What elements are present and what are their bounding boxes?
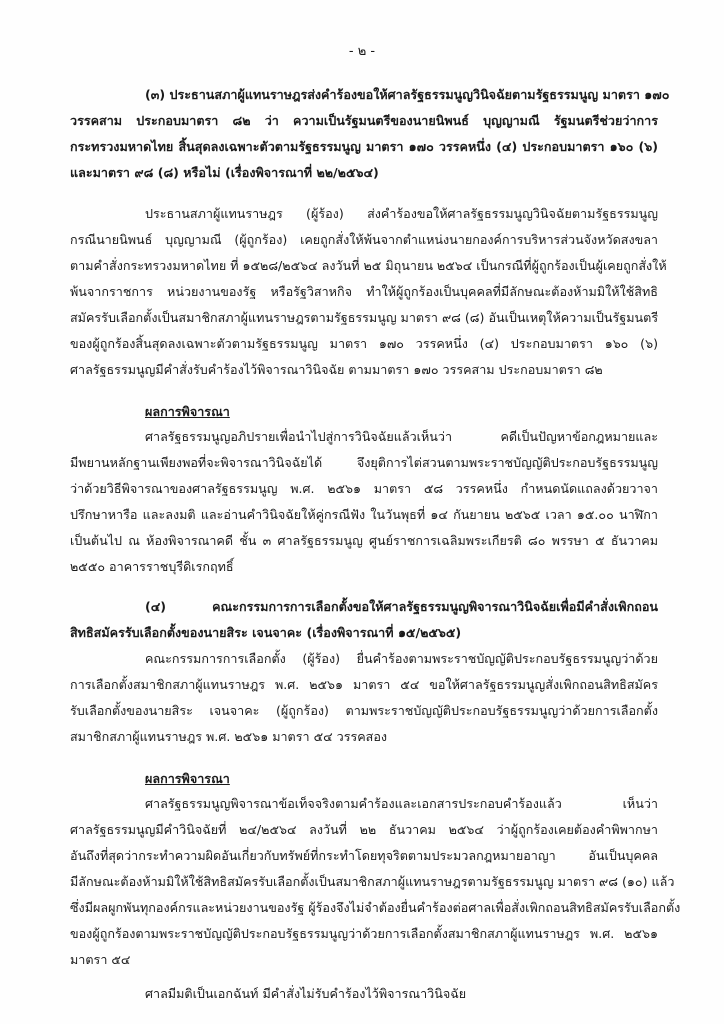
item3-title-line: (๓) ประธานสภาผู้แทนราษฎรส่งคำร้องขอให้ศา…: [145, 86, 658, 103]
item4-decision: ศาลมีมติเป็นเอกฉันท์ มีคำสั่งไม่รับคำร้อ…: [145, 985, 658, 1002]
item3-body-line: สมัครรับเลือกตั้งเป็นสมาชิกสภาผู้แทนราษฎ…: [70, 309, 658, 326]
item3-result-line: ศาลรัฐธรรมนูญอภิปรายเพื่อนำไปสู่การวินิจ…: [145, 428, 658, 445]
item4-result-line: ของผู้ถูกร้องตามพระราชบัญญัติประกอบรัฐธร…: [70, 925, 658, 942]
item3-title-line: วรรคสาม ประกอบมาตรา ๘๒ ว่า ความเป็นรัฐมน…: [70, 112, 658, 129]
item3-result-line: เป็นต้นไป ณ ห้องพิจารณาคดี ชั้น ๓ ศาลรัฐ…: [70, 532, 658, 549]
item4-result-line: มาตรา ๕๔: [70, 951, 658, 968]
item3-body-line: กรณีนายนิพนธ์ บุญญามณี (ผู้ถูกร้อง) เคยถ…: [70, 231, 658, 248]
item4-result-line: อันถึงที่สุดว่ากระทำความผิดอันเกี่ยวกับท…: [70, 847, 658, 864]
document-page: - ๒ - (๓) ประธานสภาผู้แทนราษฎรส่งคำร้องข…: [0, 0, 724, 1024]
item3-body-line: ศาลรัฐธรรมนูญมีคำสั่งรับคำร้องไว้พิจารณา…: [70, 361, 658, 378]
page-number: - ๒ -: [0, 40, 724, 61]
item3-body-line: พ้นจากราชการ หน่วยงานของรัฐ หรือรัฐวิสาห…: [70, 283, 658, 300]
item4-title-line: สิทธิสมัครรับเลือกตั้งของนายสิระ เจนจาคะ…: [70, 624, 658, 641]
item3-body-line: ตามคำสั่งกระทรวงมหาดไทย ที่ ๑๕๒๘/๒๕๖๔ ลง…: [70, 257, 658, 274]
item3-body-line: ประธานสภาผู้แทนราษฎร (ผู้ร้อง) ส่งคำร้อง…: [145, 205, 658, 222]
item3-result-line: มีพยานหลักฐานเพียงพอที่จะพิจารณาวินิจฉัย…: [70, 454, 658, 471]
item3-result-heading: ผลการพิจารณา: [145, 402, 230, 422]
item4-body-line: คณะกรรมการการเลือกตั้ง (ผู้ร้อง) ยื่นคำร…: [145, 650, 658, 667]
item4-result-heading: ผลการพิจารณา: [145, 769, 230, 789]
item3-title-line: กระทรวงมหาดไทย สิ้นสุดลงเฉพาะตัวตามรัฐธร…: [70, 138, 658, 155]
item4-title-line: (๔) คณะกรรมการการเลือกตั้งขอให้ศาลรัฐธรร…: [145, 598, 658, 615]
item4-result-line: ซึ่งมีผลผูกพันทุกองค์กรและหน่วยงานของรัฐ…: [70, 899, 658, 916]
item3-title-line: และมาตรา ๙๘ (๘) หรือไม่ (เรื่องพิจารณาที…: [70, 164, 658, 181]
item4-body-line: รับเลือกตั้งของนายสิระ เจนจาคะ (ผู้ถูกร้…: [70, 702, 658, 719]
item4-result-line: ศาลรัฐธรรมนูญมีคำวินิจฉัยที่ ๒๔/๒๕๖๔ ลงว…: [70, 821, 658, 838]
item3-result-line: ๒๕๕๐ อาคารราชบุรีดิเรกฤทธิ์: [70, 558, 658, 575]
item3-body-line: ของผู้ถูกร้องสิ้นสุดลงเฉพาะตัวตามรัฐธรรม…: [70, 335, 658, 352]
item4-body-line: การเลือกตั้งสมาชิกสภาผู้แทนราษฎร พ.ศ. ๒๕…: [70, 676, 658, 693]
item4-result-line: มีลักษณะต้องห้ามมิให้ใช้สิทธิสมัครรับเลื…: [70, 873, 658, 890]
item4-body-line: สมาชิกสภาผู้แทนราษฎร พ.ศ. ๒๕๖๑ มาตรา ๕๔ …: [70, 728, 658, 745]
item3-result-line: ว่าด้วยวิธีพิจารณาของศาลรัฐธรรมนูญ พ.ศ. …: [70, 480, 658, 497]
item3-result-line: ปรึกษาหารือ และลงมติ และอ่านคำวินิจฉัยให…: [70, 506, 658, 523]
item4-result-line: ศาลรัฐธรรมนูญพิจารณาข้อเท็จจริงตามคำร้อง…: [145, 795, 658, 812]
